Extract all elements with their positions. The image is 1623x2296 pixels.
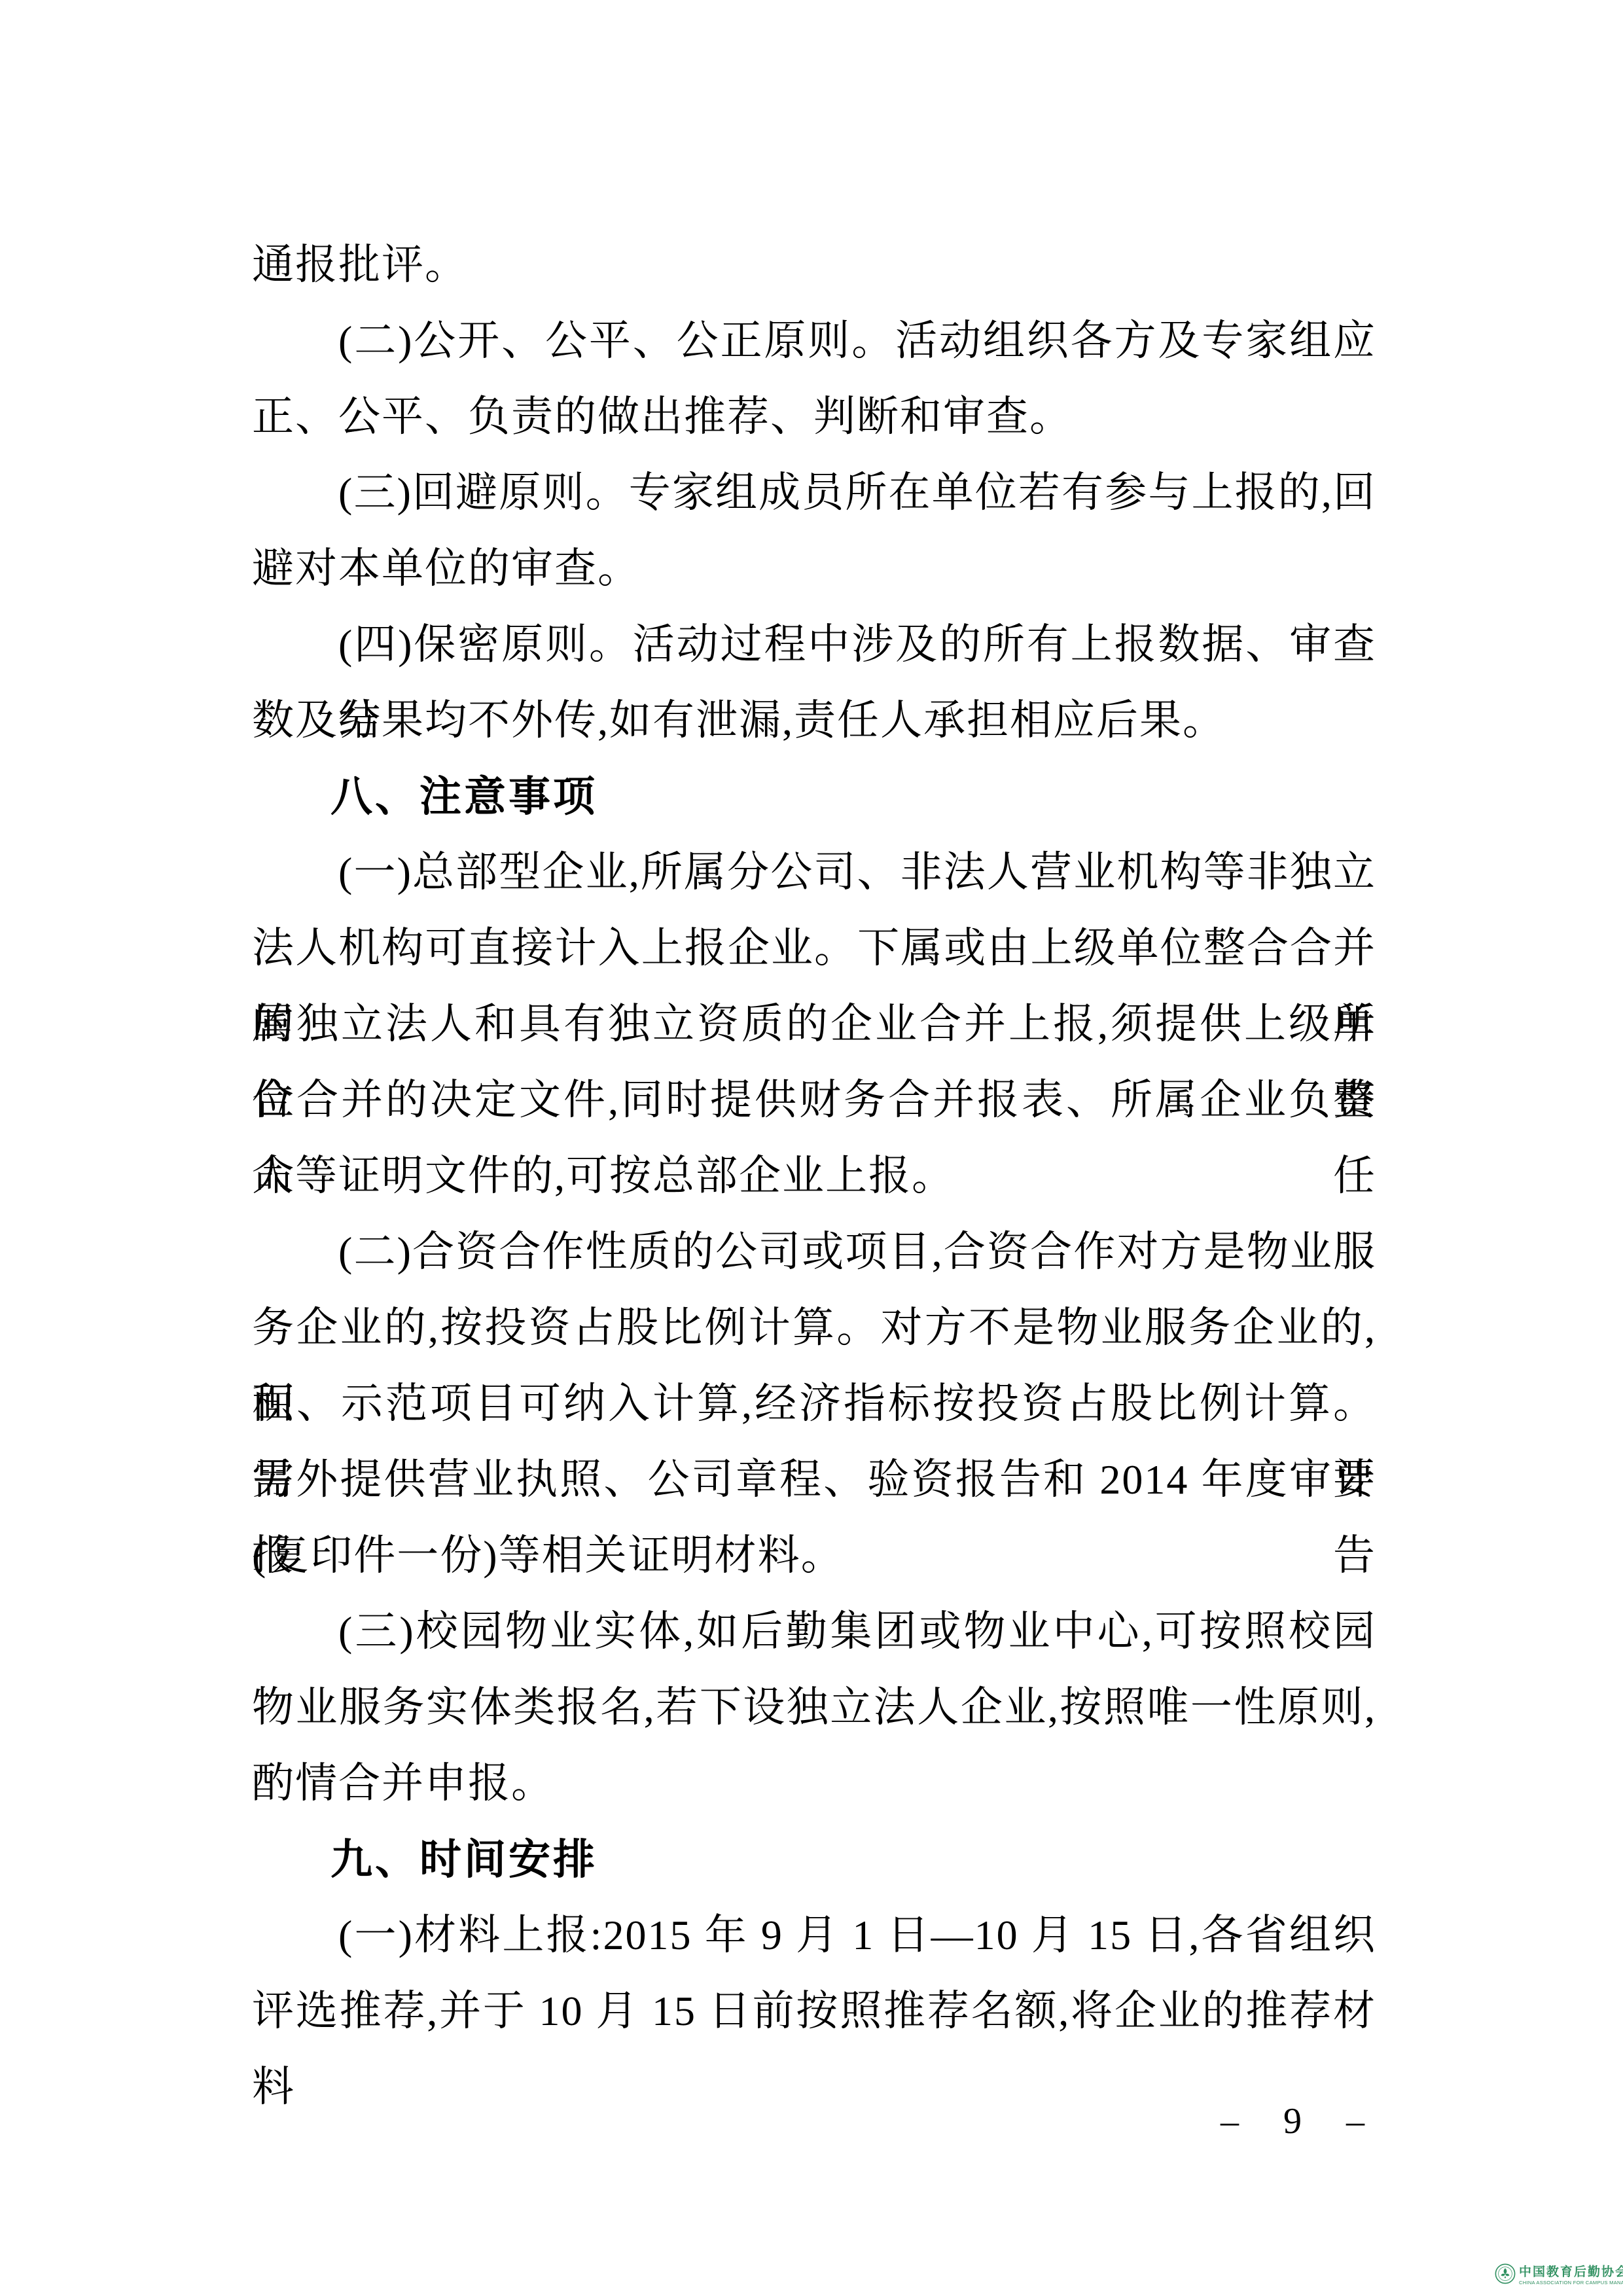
text-line: 数及结果均不外传,如有泄漏,责任人承担相应后果。: [252, 683, 1376, 759]
document-page: 通报批评。 (二)公开、公平、公正原则。活动组织各方及专家组应公 正、公平、负责…: [0, 0, 1623, 2296]
text-line: 评选推荐,并于 10 月 15 日前按照推荐名额,将企业的推荐材料: [252, 1973, 1376, 2049]
text-line: (四)保密原则。活动过程中涉及的所有上报数据、审查分: [252, 607, 1376, 683]
document-body: 通报批评。 (二)公开、公平、公正原则。活动组织各方及专家组应公 正、公平、负责…: [252, 227, 1376, 2049]
text-line: (一)总部型企业,所属分公司、非法人营业机构等非独立: [252, 834, 1376, 910]
text-line: 物业服务实体类报名,若下设独立法人企业,按照唯一性原则,: [252, 1670, 1376, 1746]
association-name-cn: 中国教育后勤协会: [1519, 2265, 1623, 2280]
association-logo: 中国教育后勤协会 CHINA ASSOCIATION FOR CAMPUS MA…: [1495, 2263, 1623, 2287]
text-line: 务企业的,按投资占股比例计算。对方不是物业服务企业的,面: [252, 1290, 1376, 1366]
text-line: (三)校园物业实体,如后勤集团或物业中心,可按照校园: [252, 1594, 1376, 1670]
text-line: (三)回避原则。专家组成员所在单位若有参与上报的,回: [252, 455, 1376, 531]
text-line: (二)合资合作性质的公司或项目,合资合作对方是物业服: [252, 1214, 1376, 1290]
text-line: 避对本单位的审查。: [252, 531, 1376, 607]
text-line: 合合并的决定文件,同时提供财务合并报表、所属企业负责人任: [252, 1062, 1376, 1138]
text-line: (一)材料上报:2015 年 9 月 1 日—10 月 15 日,各省组织: [252, 1897, 1376, 1973]
text-line: 另外提供营业执照、公司章程、验资报告和 2014 年度审计报告: [252, 1442, 1376, 1518]
text-line: 通报批评。: [252, 227, 1376, 303]
section-heading: 八、注意事项: [252, 759, 1376, 834]
text-line: 酌情合并申报。: [252, 1746, 1376, 1821]
text-line: 法人机构可直接计入上报企业。下属或由上级单位整合合并的所: [252, 910, 1376, 986]
text-line: 正、公平、负责的做出推荐、判断和审查。: [252, 379, 1376, 455]
section-heading: 九、时间安排: [252, 1821, 1376, 1897]
text-line: 积、示范项目可纳入计算,经济指标按投资占股比例计算。需要: [252, 1366, 1376, 1442]
page-number: – 9 –: [1221, 2098, 1376, 2144]
association-name-en: CHINA ASSOCIATION FOR CAMPUS MANAGEMENT: [1519, 2280, 1623, 2286]
text-line: (二)公开、公平、公正原则。活动组织各方及专家组应公: [252, 303, 1376, 379]
text-line: 属独立法人和具有独立资质的企业合并上报,须提供上级单位整: [252, 986, 1376, 1062]
association-emblem-icon: [1495, 2263, 1516, 2287]
